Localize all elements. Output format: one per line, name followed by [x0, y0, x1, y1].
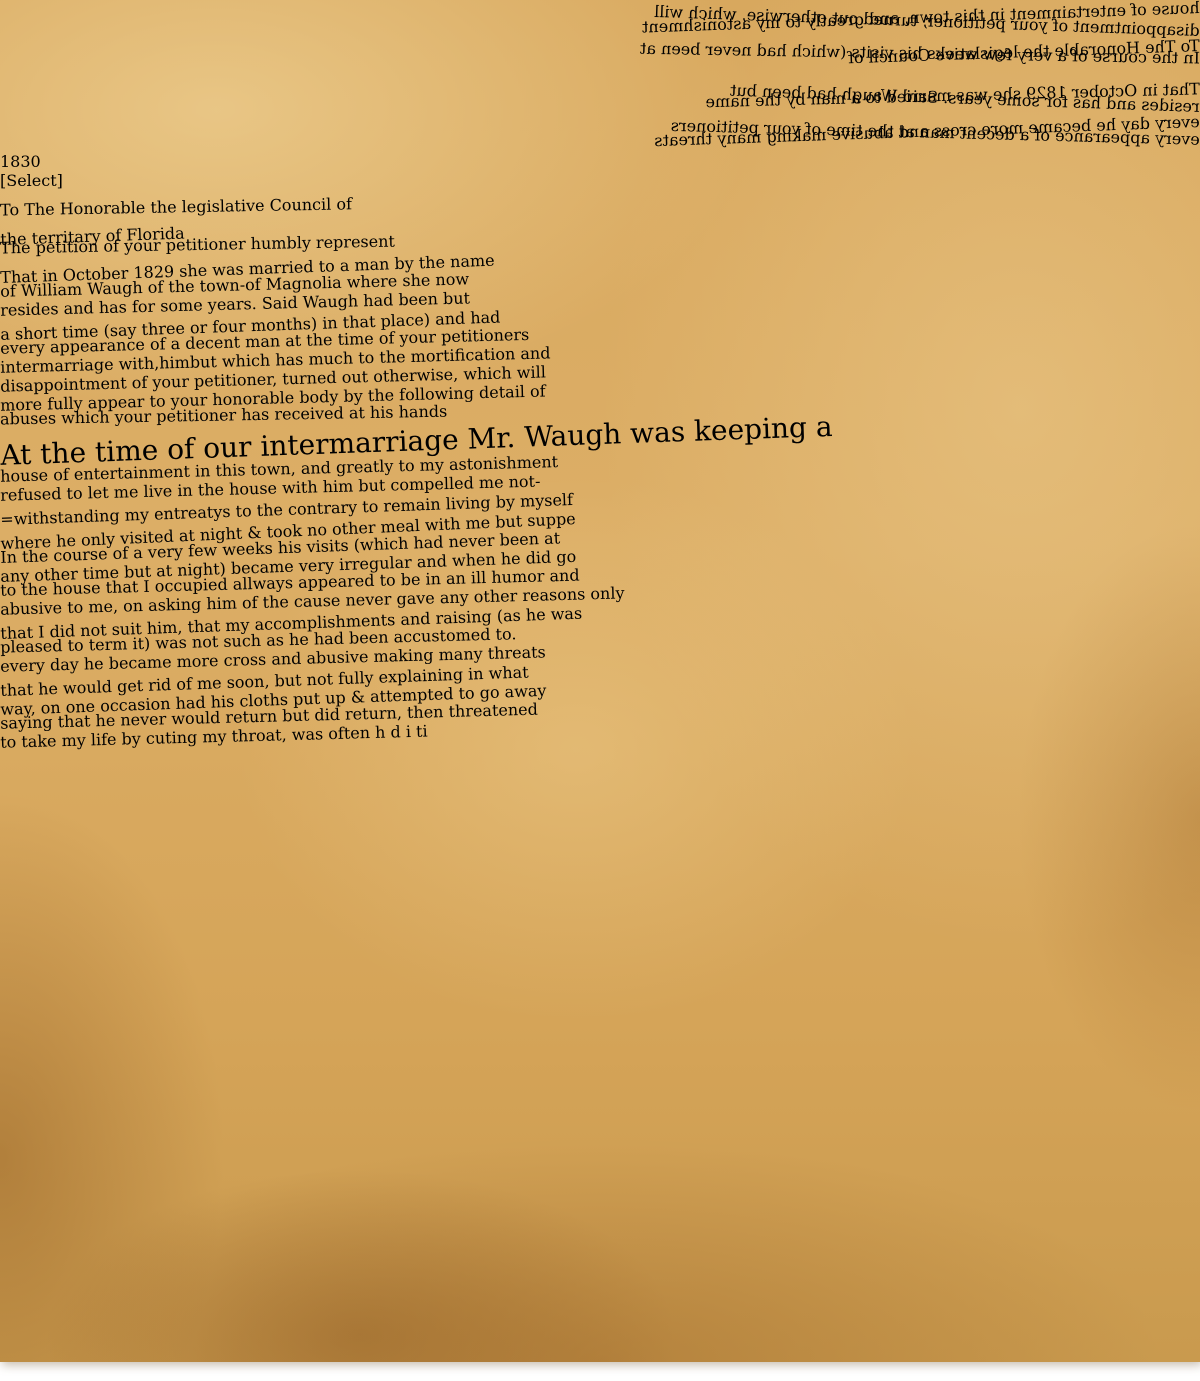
- inserted-word: him: [159, 353, 190, 373]
- faded-illegible-fragment: d i ti: [390, 722, 428, 742]
- manuscript-paper: disappointment of your petitioner, turne…: [0, 0, 1200, 1362]
- scanned-document-page: disappointment of your petitioner, turne…: [0, 0, 1200, 1381]
- paper-shadow-wrap: disappointment of your petitioner, turne…: [0, 0, 1200, 1381]
